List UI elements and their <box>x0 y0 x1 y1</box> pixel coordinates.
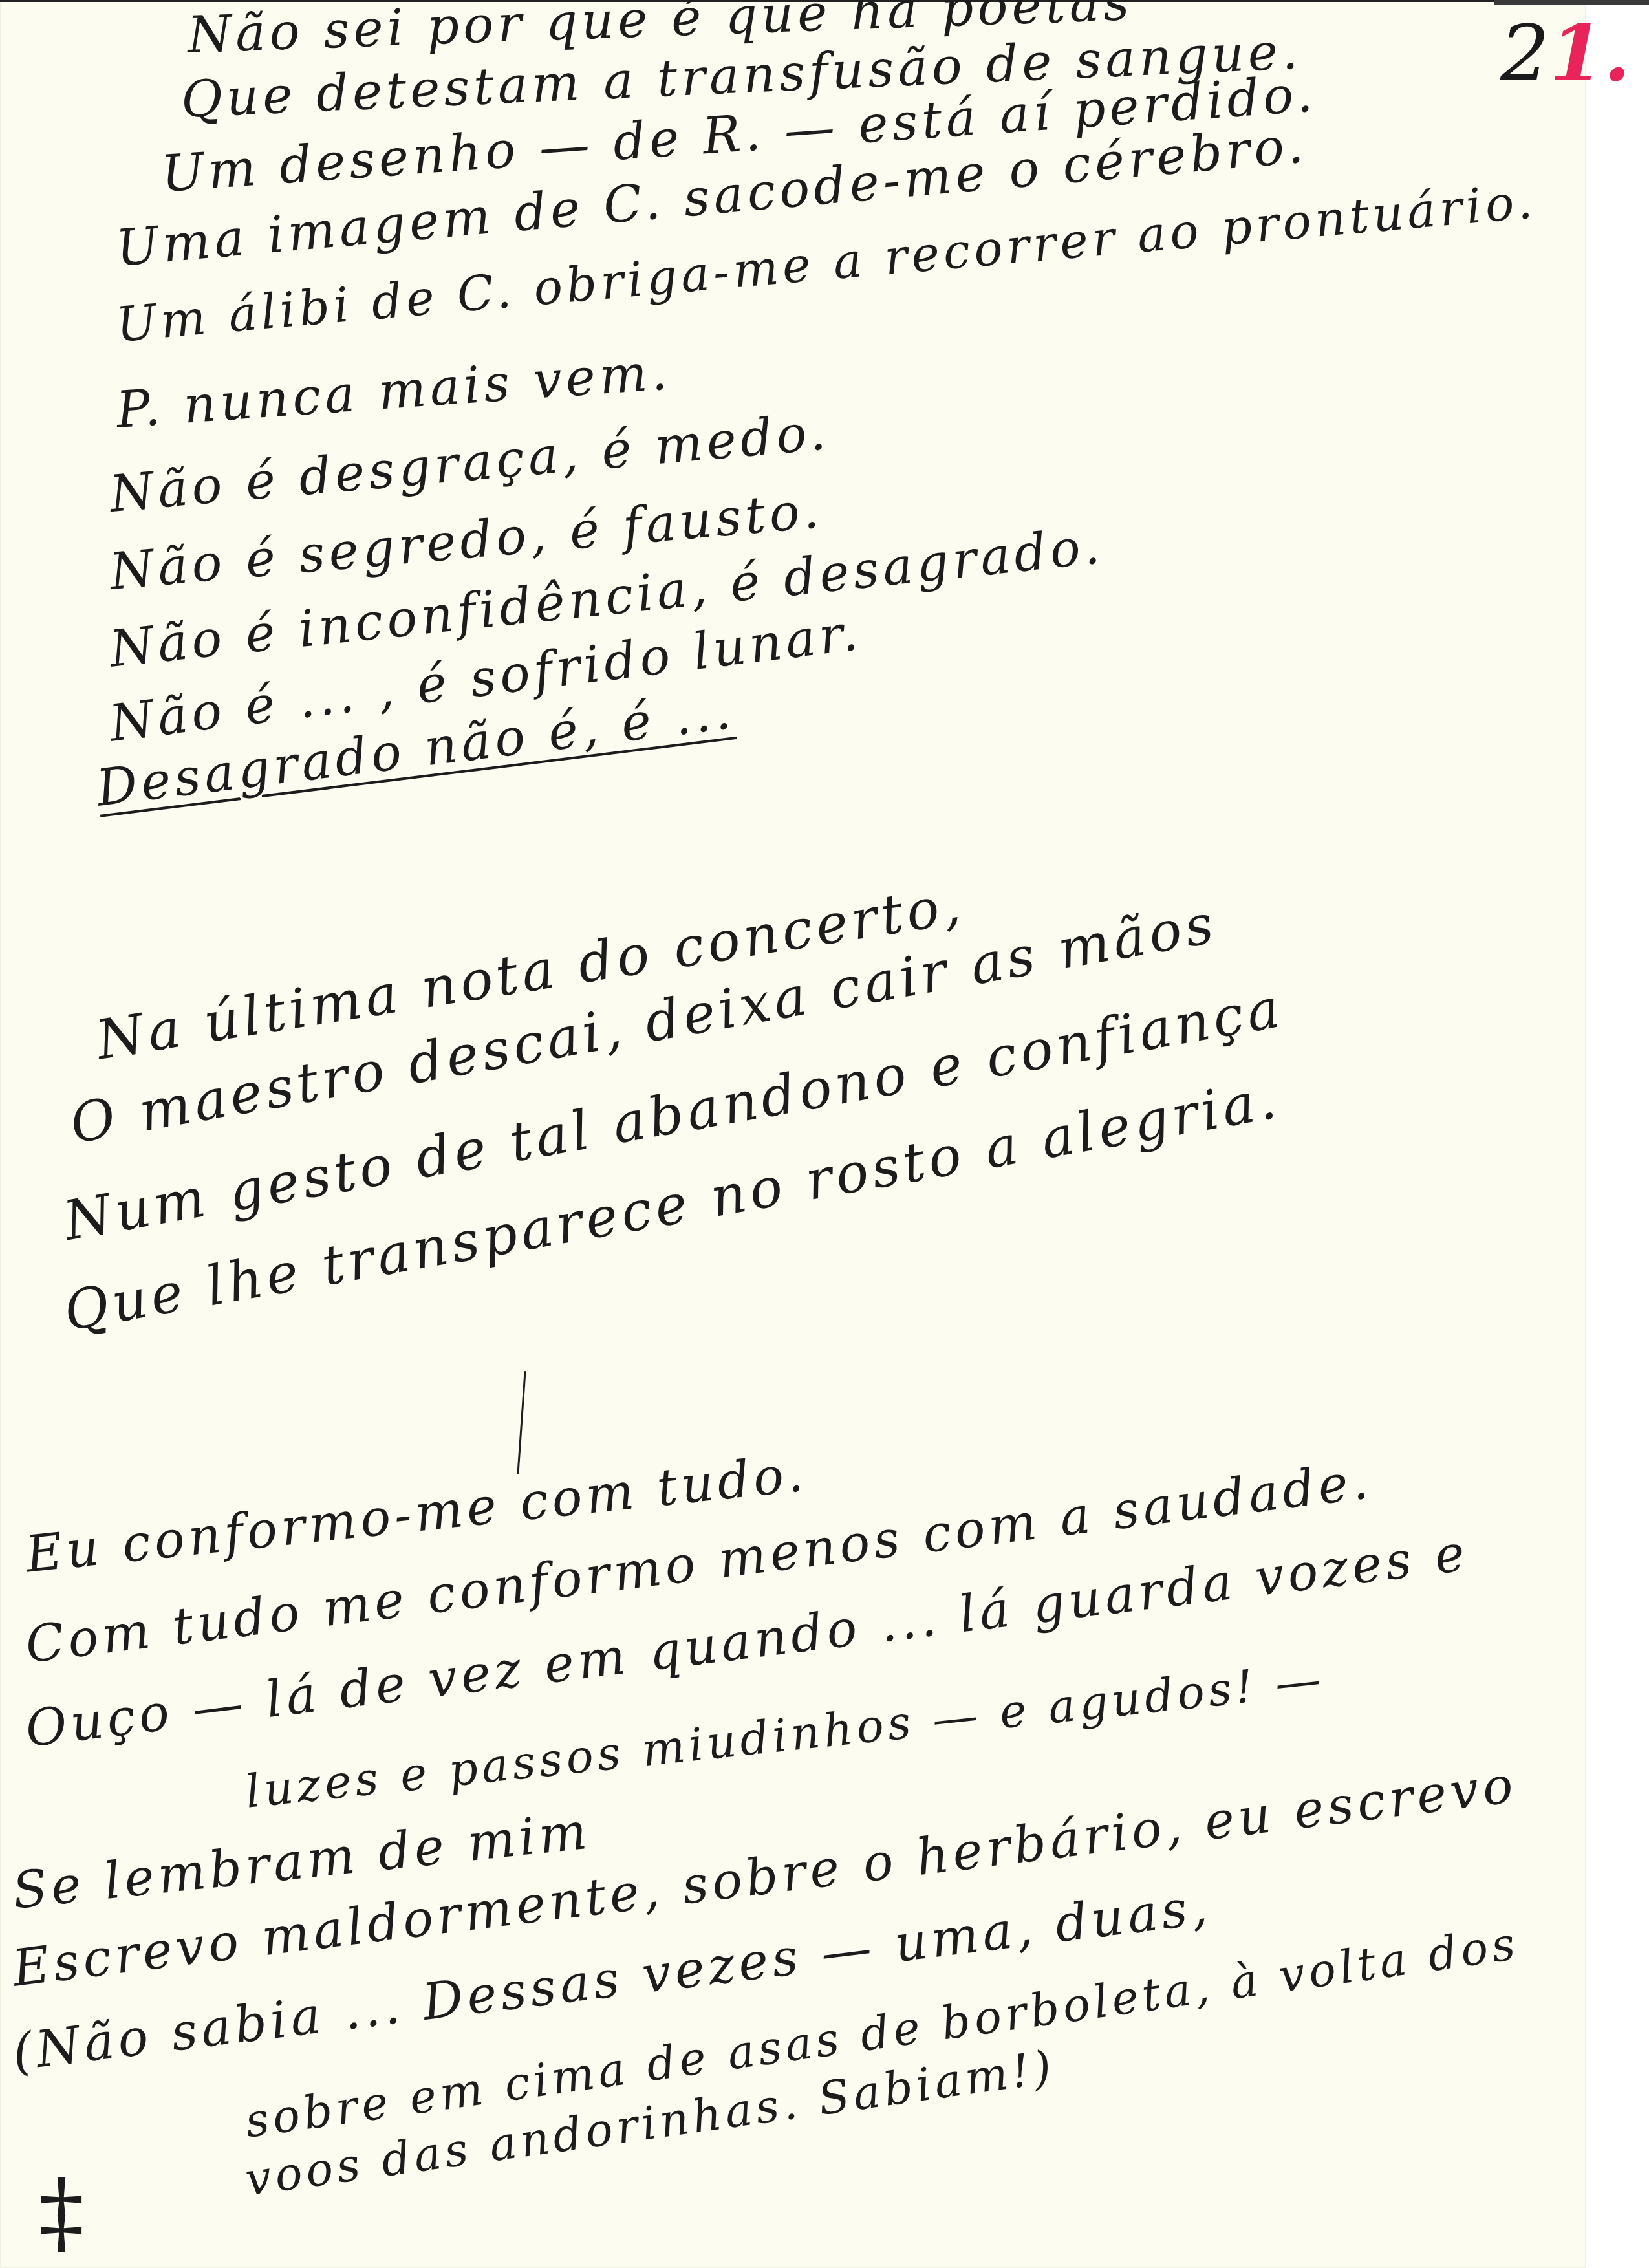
page-number-black-digit: 2 <box>1500 9 1549 99</box>
page-number-red-digit: 1 <box>1549 8 1604 99</box>
page-number: 21. <box>1500 8 1631 99</box>
double-cross-mark: ‡ <box>39 2160 84 2265</box>
page-number-red-dot: . <box>1604 8 1631 99</box>
scan-edge-corner <box>1494 0 1649 5</box>
